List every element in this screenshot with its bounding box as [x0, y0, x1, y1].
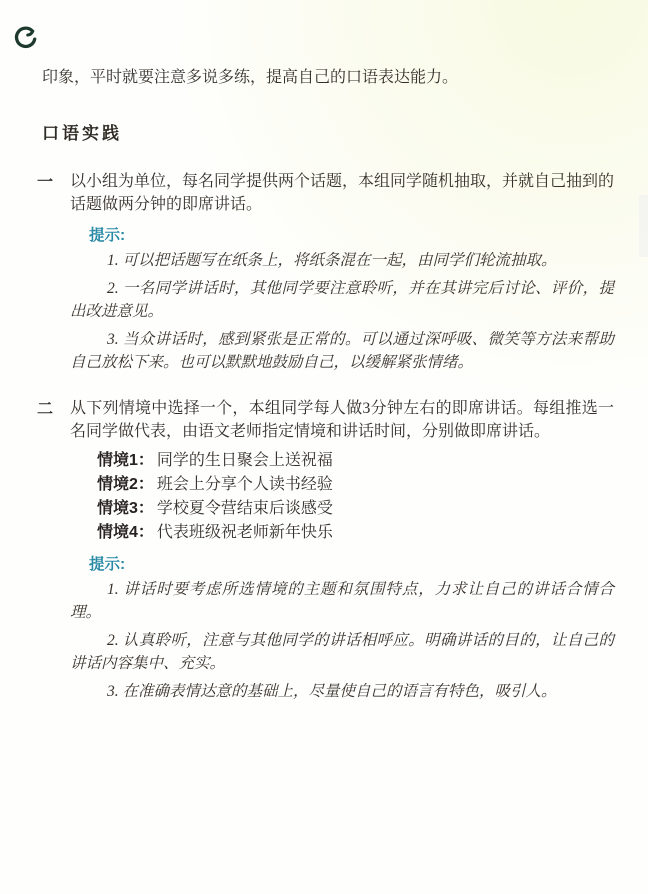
- tip-item: 2. 认真聆听，注意与其他同学的讲话相呼应。明确讲话的目的，让自己的讲话内容集中…: [70, 629, 614, 675]
- task-one-tips-label: 提示:: [89, 224, 614, 247]
- intro-paragraph: 印象，平时就要注意多说多练，提高自己的口语表达能力。: [42, 0, 614, 89]
- scanned-textbook-page: 印象，平时就要注意多说多练，提高自己的口语表达能力。 口语实践 一 以小组为单位…: [0, 0, 648, 894]
- tip-item: 2. 一名同学讲话时，其他同学要注意聆听，并在其讲完后讨论、评价，提出改进意见。: [70, 277, 614, 323]
- task-one: 一 以小组为单位，每名同学提供两个话题，本组同学随机抽取，并就自己抽到的话题做两…: [0, 170, 648, 374]
- task-two-tips-label: 提示:: [89, 553, 614, 576]
- tip-item: 3. 当众讲话时，感到紧张是正常的。可以通过深呼吸、微笑等方法来帮助自己放松下来…: [70, 328, 614, 374]
- scenario-item-2: 情境2：班会上分享个人读书经验: [97, 473, 614, 497]
- scenario-3-label: 情境3：: [97, 500, 154, 517]
- scenario-3-text: 学校夏令营结束后谈感受: [157, 500, 333, 517]
- scenario-item-3: 情境3：学校夏令营结束后谈感受: [97, 497, 614, 521]
- scenario-2-text: 班会上分享个人读书经验: [157, 476, 333, 493]
- section-title: 口语实践: [42, 122, 614, 145]
- task-two: 二 从下列情境中选择一个，本组同学每人做3分钟左右的即席讲话。每组推选一名同学做…: [0, 397, 648, 703]
- scenario-4-text: 代表班级祝老师新年快乐: [157, 524, 333, 541]
- task-one-tips: 1. 可以把话题写在纸条上，将纸条混在一起，由同学们轮流抽取。 2. 一名同学讲…: [70, 249, 614, 374]
- curved-arrow-icon: [13, 25, 38, 50]
- scenario-1-label: 情境1：: [97, 452, 154, 469]
- task-one-marker: 一: [37, 171, 53, 194]
- tip-item: 1. 可以把话题写在纸条上，将纸条混在一起，由同学们轮流抽取。: [70, 249, 614, 272]
- task-two-tips: 1. 讲话时要考虑所选情境的主题和氛围特点，力求让自己的讲话合情合理。 2. 认…: [70, 578, 614, 703]
- task-two-marker: 二: [37, 398, 53, 421]
- task-one-text: 以小组为单位，每名同学提供两个话题，本组同学随机抽取，并就自己抽到的话题做两分钟…: [70, 170, 614, 216]
- task-two-text: 从下列情境中选择一个，本组同学每人做3分钟左右的即席讲话。每组推选一名同学做代表…: [70, 397, 614, 443]
- tip-item: 1. 讲话时要考虑所选情境的主题和氛围特点，力求让自己的讲话合情合理。: [70, 578, 614, 624]
- tip-item: 3. 在准确表情达意的基础上，尽量使自己的语言有特色，吸引人。: [70, 680, 614, 703]
- scenario-2-label: 情境2：: [97, 476, 154, 493]
- scenario-item-1: 情境1：同学的生日聚会上送祝福: [97, 449, 614, 473]
- scenario-4-label: 情境4：: [97, 524, 154, 541]
- scenario-1-text: 同学的生日聚会上送祝福: [157, 452, 333, 469]
- scenario-item-4: 情境4：代表班级祝老师新年快乐: [97, 521, 614, 545]
- scenario-list: 情境1：同学的生日聚会上送祝福 情境2：班会上分享个人读书经验 情境3：学校夏令…: [97, 449, 614, 545]
